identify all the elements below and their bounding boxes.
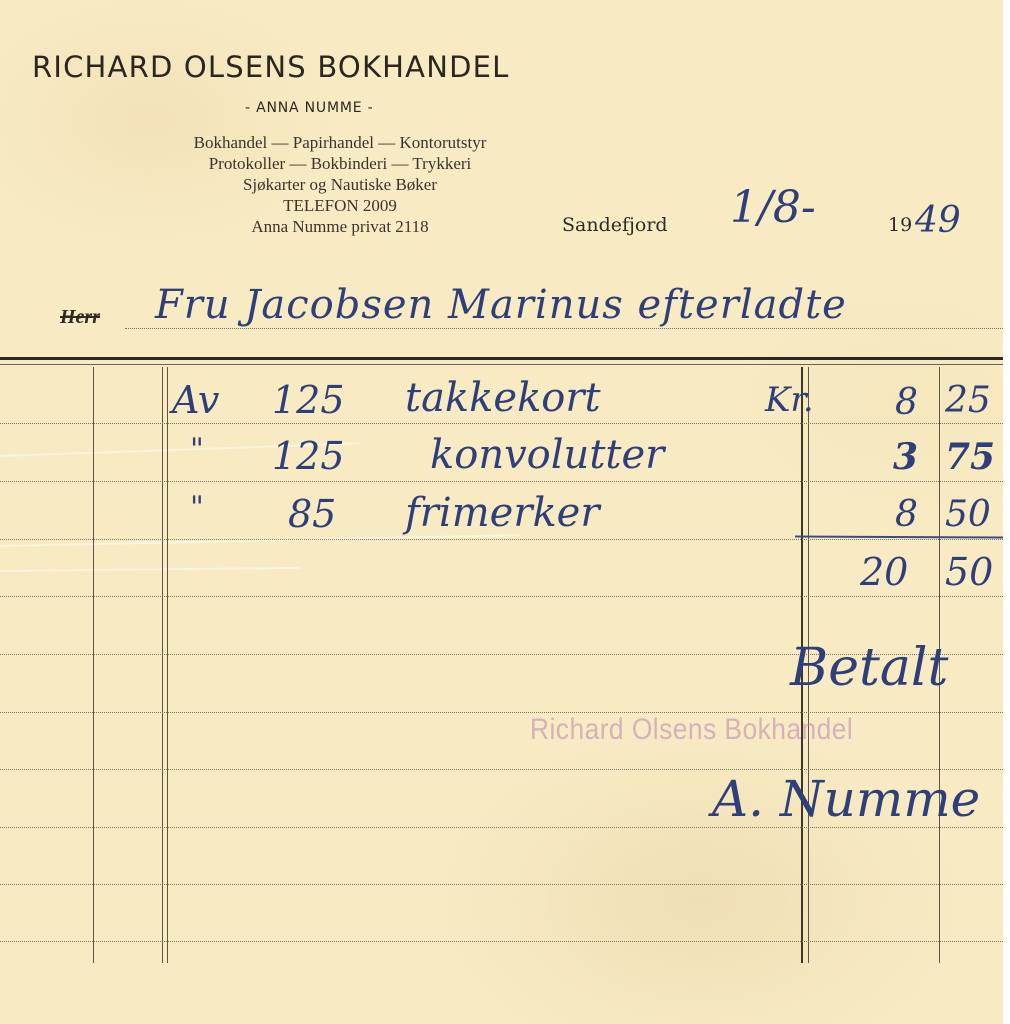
shop-stamp: Richard Olsens Bokhandel (530, 713, 853, 747)
year-prefix: 19 (888, 214, 912, 236)
item-quantity: 85 (288, 492, 336, 536)
paper-crease (0, 534, 520, 547)
item-prefix: " (190, 432, 204, 467)
item-description: konvolutter (430, 432, 664, 478)
currency-label: Kr. (765, 380, 814, 420)
item-kroner: 8 (895, 494, 918, 535)
item-prefix: " (190, 490, 204, 525)
recipient-line (125, 328, 1003, 329)
telephone: TELEFON 2009 (130, 195, 550, 216)
header-rule-thin (0, 364, 1003, 365)
handwritten-date: 1/8- (730, 182, 816, 233)
item-quantity: 125 (272, 434, 345, 478)
row-line (0, 539, 1003, 540)
services-line: Protokoller — Bokbinderi — Trykkeri (130, 153, 550, 174)
signature: A. Numme (712, 770, 980, 828)
item-kroner: 8 (895, 382, 918, 423)
handwritten-year: 49 (915, 200, 961, 241)
total-kroner: 20 (860, 550, 908, 594)
private-telephone: Anna Numme privat 2118 (130, 216, 550, 237)
item-ore: 25 (945, 380, 991, 421)
item-description: takkekort (405, 375, 601, 421)
row-line (0, 423, 1003, 424)
row-line (0, 481, 1003, 482)
place-name: Sandefjord (562, 214, 668, 236)
column-divider (167, 367, 168, 963)
item-kroner: 3 (893, 436, 918, 478)
owner-name: - ANNA NUMME - (245, 100, 373, 116)
row-line (0, 884, 1003, 885)
row-line (0, 941, 1003, 942)
row-line (0, 596, 1003, 597)
header-rule-thick (0, 357, 1003, 360)
column-divider (93, 367, 94, 963)
shop-name: RICHARD OLSENS BOKHANDEL (32, 50, 510, 84)
salutation-printed: Herr (60, 306, 100, 329)
item-ore: 50 (945, 494, 991, 535)
item-quantity: 125 (272, 378, 345, 422)
item-ore: 75 (945, 436, 995, 478)
recipient-name: Fru Jacobsen Marinus efterladte (155, 282, 847, 328)
services-line: Bokhandel — Papirhandel — Kontorutstyr (130, 132, 550, 153)
paper-crease (0, 567, 300, 572)
invoice-paper: RICHARD OLSENS BOKHANDEL - ANNA NUMME - … (0, 0, 1003, 1024)
item-description: frimerker (405, 490, 599, 536)
services-line: Sjøkarter og Nautiske Bøker (130, 174, 550, 195)
total-ore: 50 (945, 550, 993, 594)
item-prefix: Av (172, 378, 219, 422)
column-divider (162, 367, 163, 963)
services-block: Bokhandel — Papirhandel — Kontorutstyr P… (130, 132, 550, 237)
paid-note: Betalt (790, 638, 948, 698)
